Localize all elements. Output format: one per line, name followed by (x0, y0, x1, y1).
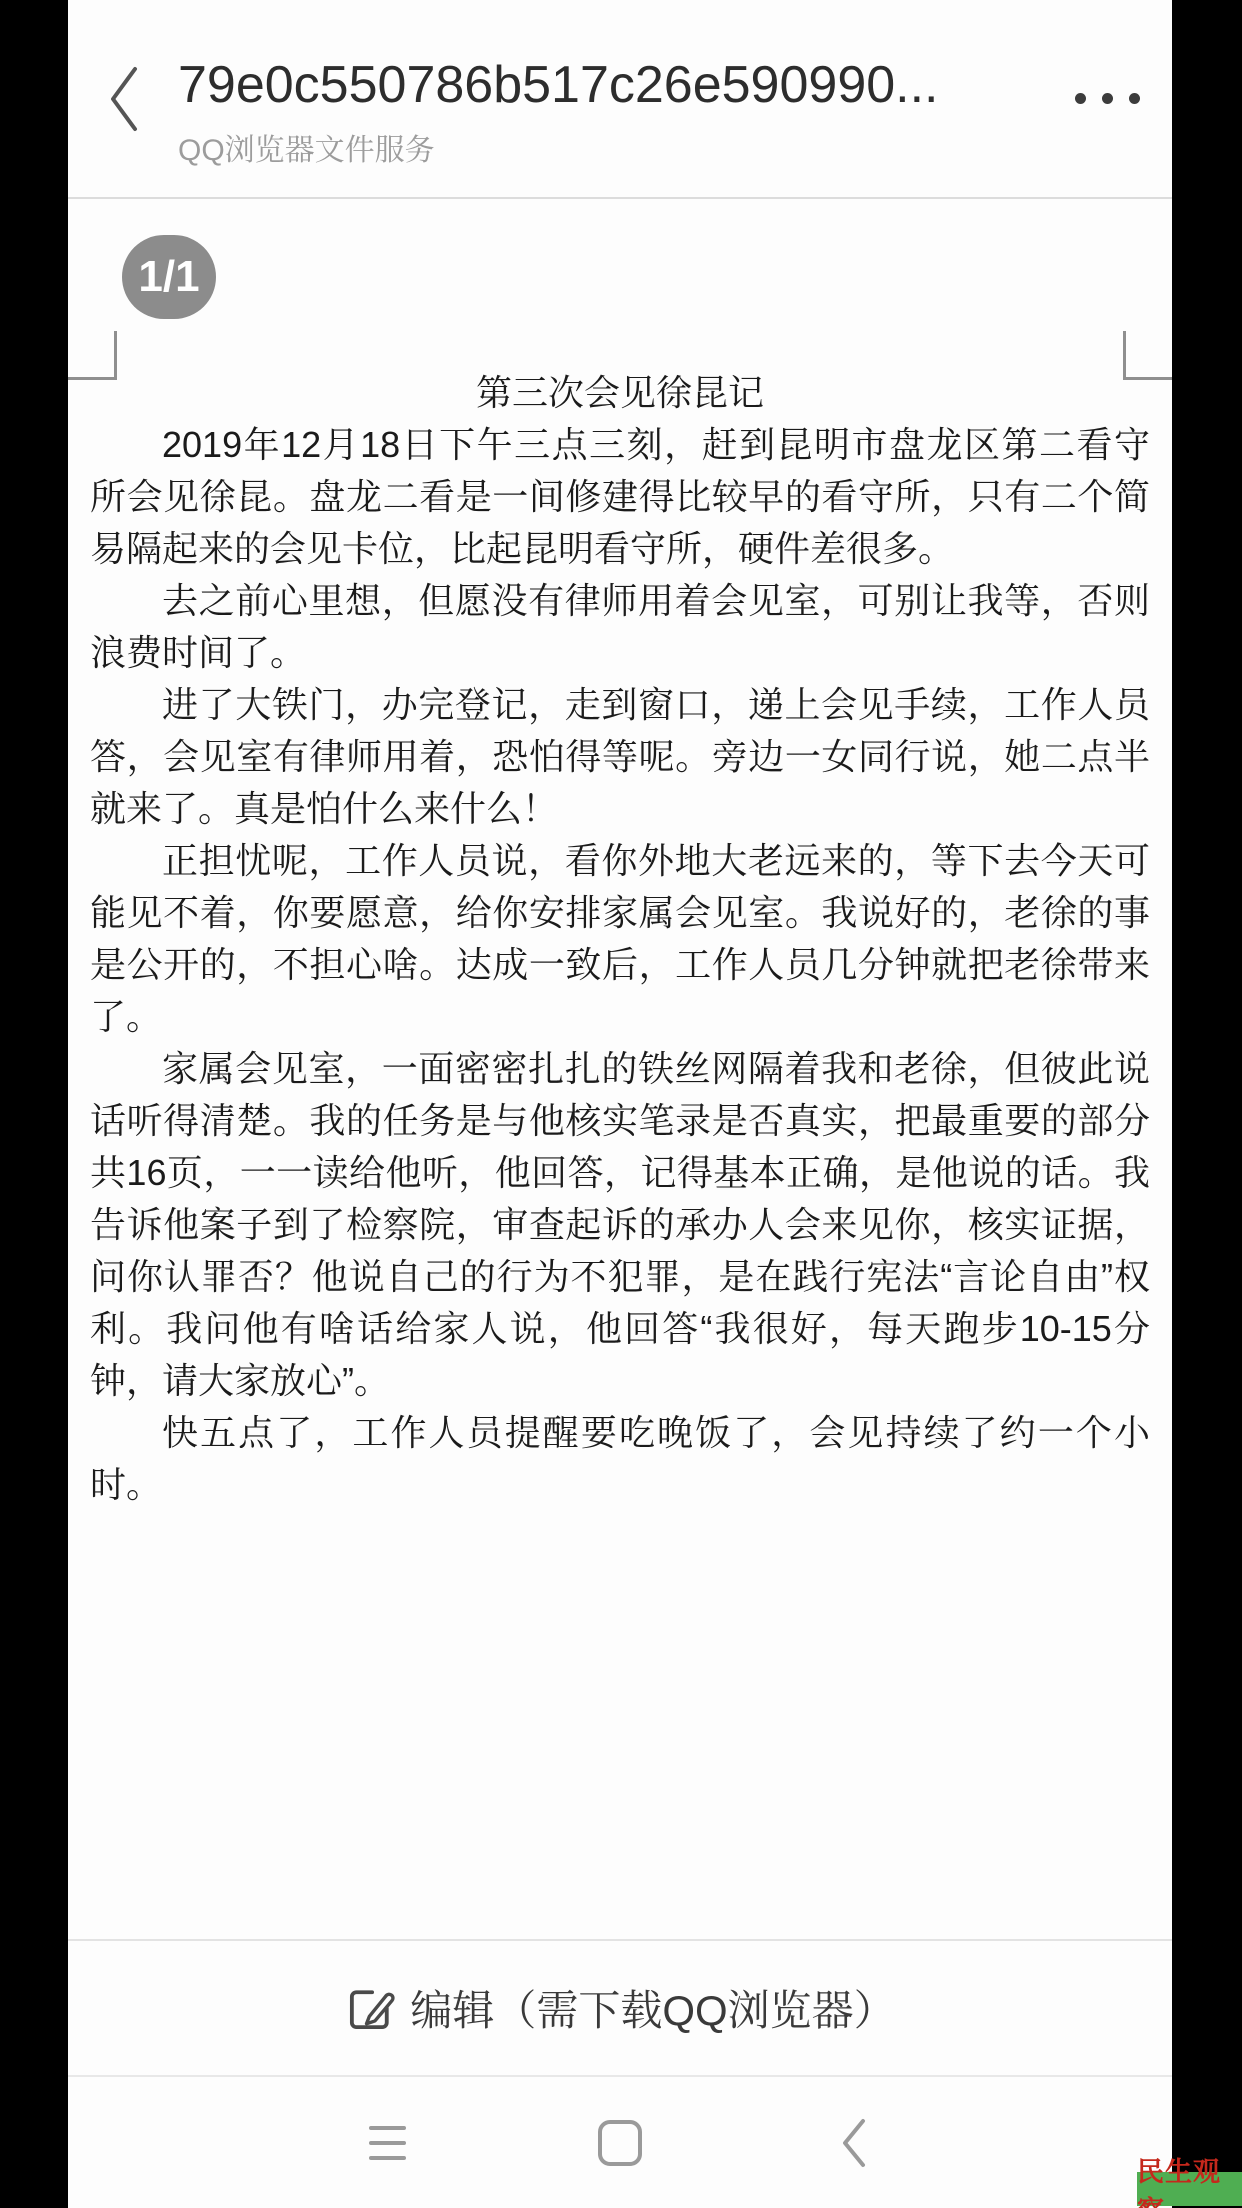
nav-home-button[interactable] (592, 2115, 648, 2171)
document-paragraph: 家属会见室，一面密密扎扎的铁丝网隔着我和老徐，但彼此说话听得清楚。我的任务是与他… (90, 1043, 1150, 1407)
edit-compose-icon (344, 1981, 398, 2035)
document-viewer[interactable]: 1/1 第三次会见徐昆记 2019年12月18日下午三点三刻，赶到昆明市盘龙区第… (68, 199, 1172, 1939)
back-icon (839, 2117, 867, 2169)
android-nav-bar (68, 2075, 1172, 2208)
app-screen: 79e0c550786b517c26e590990... QQ浏览器文件服务 1… (68, 0, 1172, 2208)
home-icon (597, 2119, 643, 2167)
nav-menu-button[interactable] (359, 2115, 415, 2171)
chevron-left-icon (105, 63, 141, 135)
document-paragraph: 去之前心里想，但愿没有律师用着会见室，可别让我等，否则浪费时间了。 (90, 575, 1150, 679)
document-title: 第三次会见徐昆记 (90, 367, 1150, 419)
menu-icon (369, 2126, 406, 2160)
header: 79e0c550786b517c26e590990... QQ浏览器文件服务 (68, 0, 1172, 199)
document-paragraph: 快五点了，工作人员提醒要吃晚饭了，会见持续了约一个小时。 (90, 1407, 1150, 1511)
edit-bar: 编辑（需下载QQ浏览器） (68, 1939, 1172, 2075)
file-title: 79e0c550786b517c26e590990... (178, 55, 1042, 115)
more-menu-button[interactable] (1042, 0, 1172, 197)
document-content: 第三次会见徐昆记 2019年12月18日下午三点三刻，赶到昆明市盘龙区第二看守所… (90, 367, 1150, 1511)
watermark-badge: 民生观察 (1137, 2172, 1242, 2206)
file-source-subtitle: QQ浏览器文件服务 (178, 125, 1042, 169)
phone-screenshot: { "header": { "back_icon": "chevron-left… (0, 0, 1242, 2208)
document-body: 2019年12月18日下午三点三刻，赶到昆明市盘龙区第二看守所会见徐昆。盘龙二看… (90, 419, 1150, 1511)
back-button[interactable] (68, 0, 178, 197)
document-paragraph: 进了大铁门，办完登记，走到窗口，递上会见手续，工作人员答，会见室有律师用着，恐怕… (90, 679, 1150, 835)
page-indicator-badge: 1/1 (122, 235, 216, 319)
more-dots-icon (1075, 93, 1086, 104)
more-dots-icon (1102, 93, 1113, 104)
document-paragraph: 正担忧呢，工作人员说，看你外地大老远来的，等下去今天可能见不着，你要愿意，给你安… (90, 835, 1150, 1043)
title-block: 79e0c550786b517c26e590990... QQ浏览器文件服务 (178, 29, 1042, 169)
nav-back-button[interactable] (825, 2115, 881, 2171)
edit-button[interactable]: 编辑（需下载QQ浏览器） (344, 1978, 895, 2038)
edit-button-label: 编辑（需下载QQ浏览器） (410, 1978, 895, 2038)
document-paragraph: 2019年12月18日下午三点三刻，赶到昆明市盘龙区第二看守所会见徐昆。盘龙二看… (90, 419, 1150, 575)
more-dots-icon (1129, 93, 1140, 104)
